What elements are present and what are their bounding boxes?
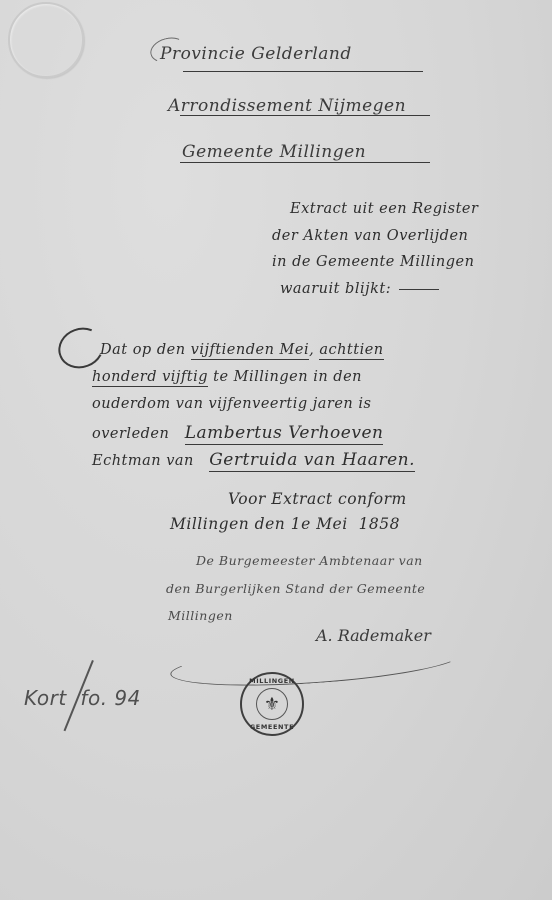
- intro-line-1: Extract uit een Register: [290, 201, 478, 217]
- date-month: Mei: [316, 515, 348, 533]
- body-line-1: Dat op den vijftienden Mei, achttien: [100, 342, 384, 358]
- header-arrondissement: Arrondissement Nijmegen: [168, 96, 406, 116]
- margin-note: Kort fo. 94: [24, 686, 141, 710]
- header-gemeente-underline: [180, 162, 430, 163]
- stamp-top-text: MILLINGEN: [242, 677, 302, 685]
- body-text: overleden: [92, 426, 169, 442]
- date-day: 1e: [291, 515, 311, 533]
- date-year-part: honderd vijftig: [92, 369, 208, 387]
- header-gemeente: Gemeente Millingen: [182, 142, 366, 162]
- body-text: Dat op den: [100, 342, 186, 358]
- header-province: Provincie Gelderland: [160, 44, 352, 64]
- separator: ,: [309, 342, 314, 358]
- embossed-seal: [8, 2, 84, 78]
- official-line-3: Millingen: [168, 608, 233, 623]
- margin-note-right: fo. 94: [80, 686, 140, 710]
- spouse-name: Gertruida van Haaren.: [209, 450, 415, 472]
- body-line-5: Echtman van Gertruida van Haaren.: [92, 450, 415, 470]
- date-year-part: achttien: [319, 342, 383, 360]
- municipal-stamp: MILLINGEN ⚜ GEMEENTE: [240, 672, 304, 736]
- deceased-name: Lambertus Verhoeven: [185, 423, 384, 445]
- body-text: Echtman van: [92, 453, 194, 469]
- date-year: 1858: [359, 515, 400, 533]
- official-line-2: den Burgerlijken Stand der Gemeente: [166, 581, 425, 596]
- document-page: Provincie Gelderland Arrondissement Nijm…: [0, 0, 552, 900]
- crest-icon: ⚜: [256, 688, 288, 720]
- header-province-underline: [183, 71, 423, 72]
- official-line-1: De Burgemeester Ambtenaar van: [196, 553, 423, 568]
- margin-note-left: Kort: [24, 686, 67, 710]
- date-day: vijftienden Mei: [191, 342, 309, 360]
- header-arrondissement-underline: [180, 115, 430, 116]
- intro-line-3: in de Gemeente Millingen: [272, 254, 474, 270]
- body-line-4: overleden Lambertus Verhoeven: [92, 423, 383, 443]
- place-date-line: Millingen den 1e Mei 1858: [170, 515, 400, 533]
- body-text: te Millingen in den: [213, 369, 362, 385]
- signature: A. Rademaker: [316, 626, 431, 645]
- intro-line-2: der Akten van Overlijden: [272, 228, 468, 244]
- certification-line: Voor Extract conform: [228, 490, 407, 508]
- dash: [399, 289, 439, 290]
- body-line-3: ouderdom van vijfenveertig jaren is: [92, 396, 371, 412]
- intro-line-4: waaruit blijkt:: [280, 281, 439, 297]
- stamp-bottom-text: GEMEENTE: [242, 723, 302, 731]
- body-line-2: honderd vijftig te Millingen in den: [92, 369, 362, 385]
- place-date-prefix: Millingen den: [170, 515, 285, 533]
- intro-line-4-text: waaruit blijkt:: [280, 281, 391, 297]
